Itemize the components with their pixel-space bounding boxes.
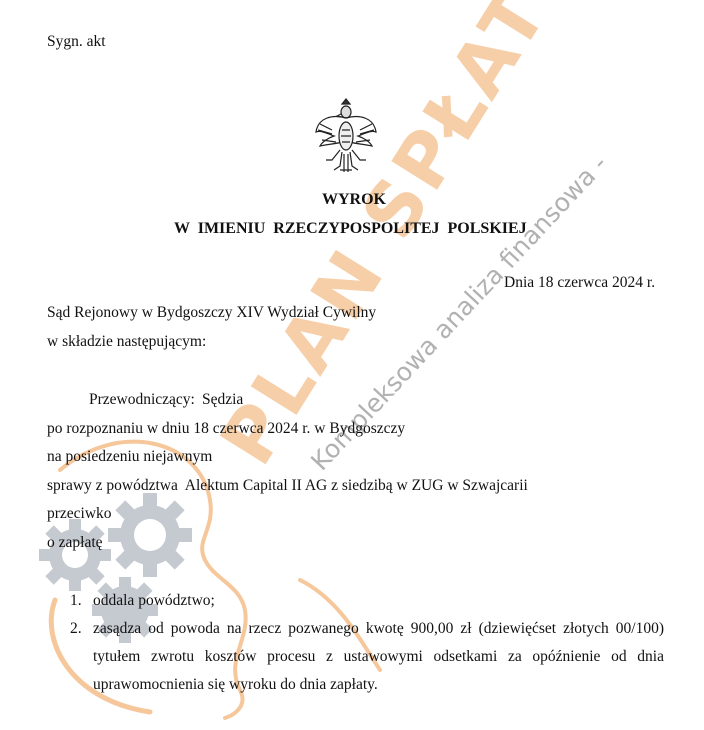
ruling-number: 2. bbox=[70, 619, 82, 639]
presiding-label: Przewodniczący: bbox=[89, 390, 195, 410]
case-number-label: Sygn. akt bbox=[47, 32, 106, 52]
against-line: przeciwko bbox=[47, 504, 112, 524]
court-judgment-page: PLAN SPŁATY Kompleksowa analiza finansow… bbox=[0, 0, 704, 730]
hearing-line: po rozpoznaniu w dniu 18 czerwca 2024 r.… bbox=[47, 419, 405, 439]
polish-eagle-emblem-icon bbox=[312, 96, 380, 176]
ruling-text: oddala powództwo; bbox=[93, 591, 215, 611]
watermark-brand-text: PLAN SPŁATY bbox=[204, 0, 595, 480]
ruling-number: 1. bbox=[70, 591, 82, 611]
session-line: na posiedzeniu niejawnym bbox=[47, 447, 212, 467]
subject-line: o zapłatę bbox=[47, 533, 103, 553]
court-name: Sąd Rejonowy w Bydgoszczy XIV Wydział Cy… bbox=[47, 303, 376, 323]
claim-line: sprawy z powództwa Alektum Capital II AG… bbox=[47, 476, 528, 496]
composition-label: w składzie następującym: bbox=[47, 332, 206, 352]
judgment-date: Dnia 18 czerwca 2024 r. bbox=[504, 273, 655, 293]
document-title: WYROK bbox=[322, 190, 386, 210]
document-subtitle: W IMIENIU RZECZYPOSPOLITEJ POLSKIEJ bbox=[174, 219, 527, 239]
presiding-value: Sędzia bbox=[202, 390, 243, 410]
ruling-text: zasądza od powoda na rzecz pozwanego kwo… bbox=[93, 615, 664, 699]
